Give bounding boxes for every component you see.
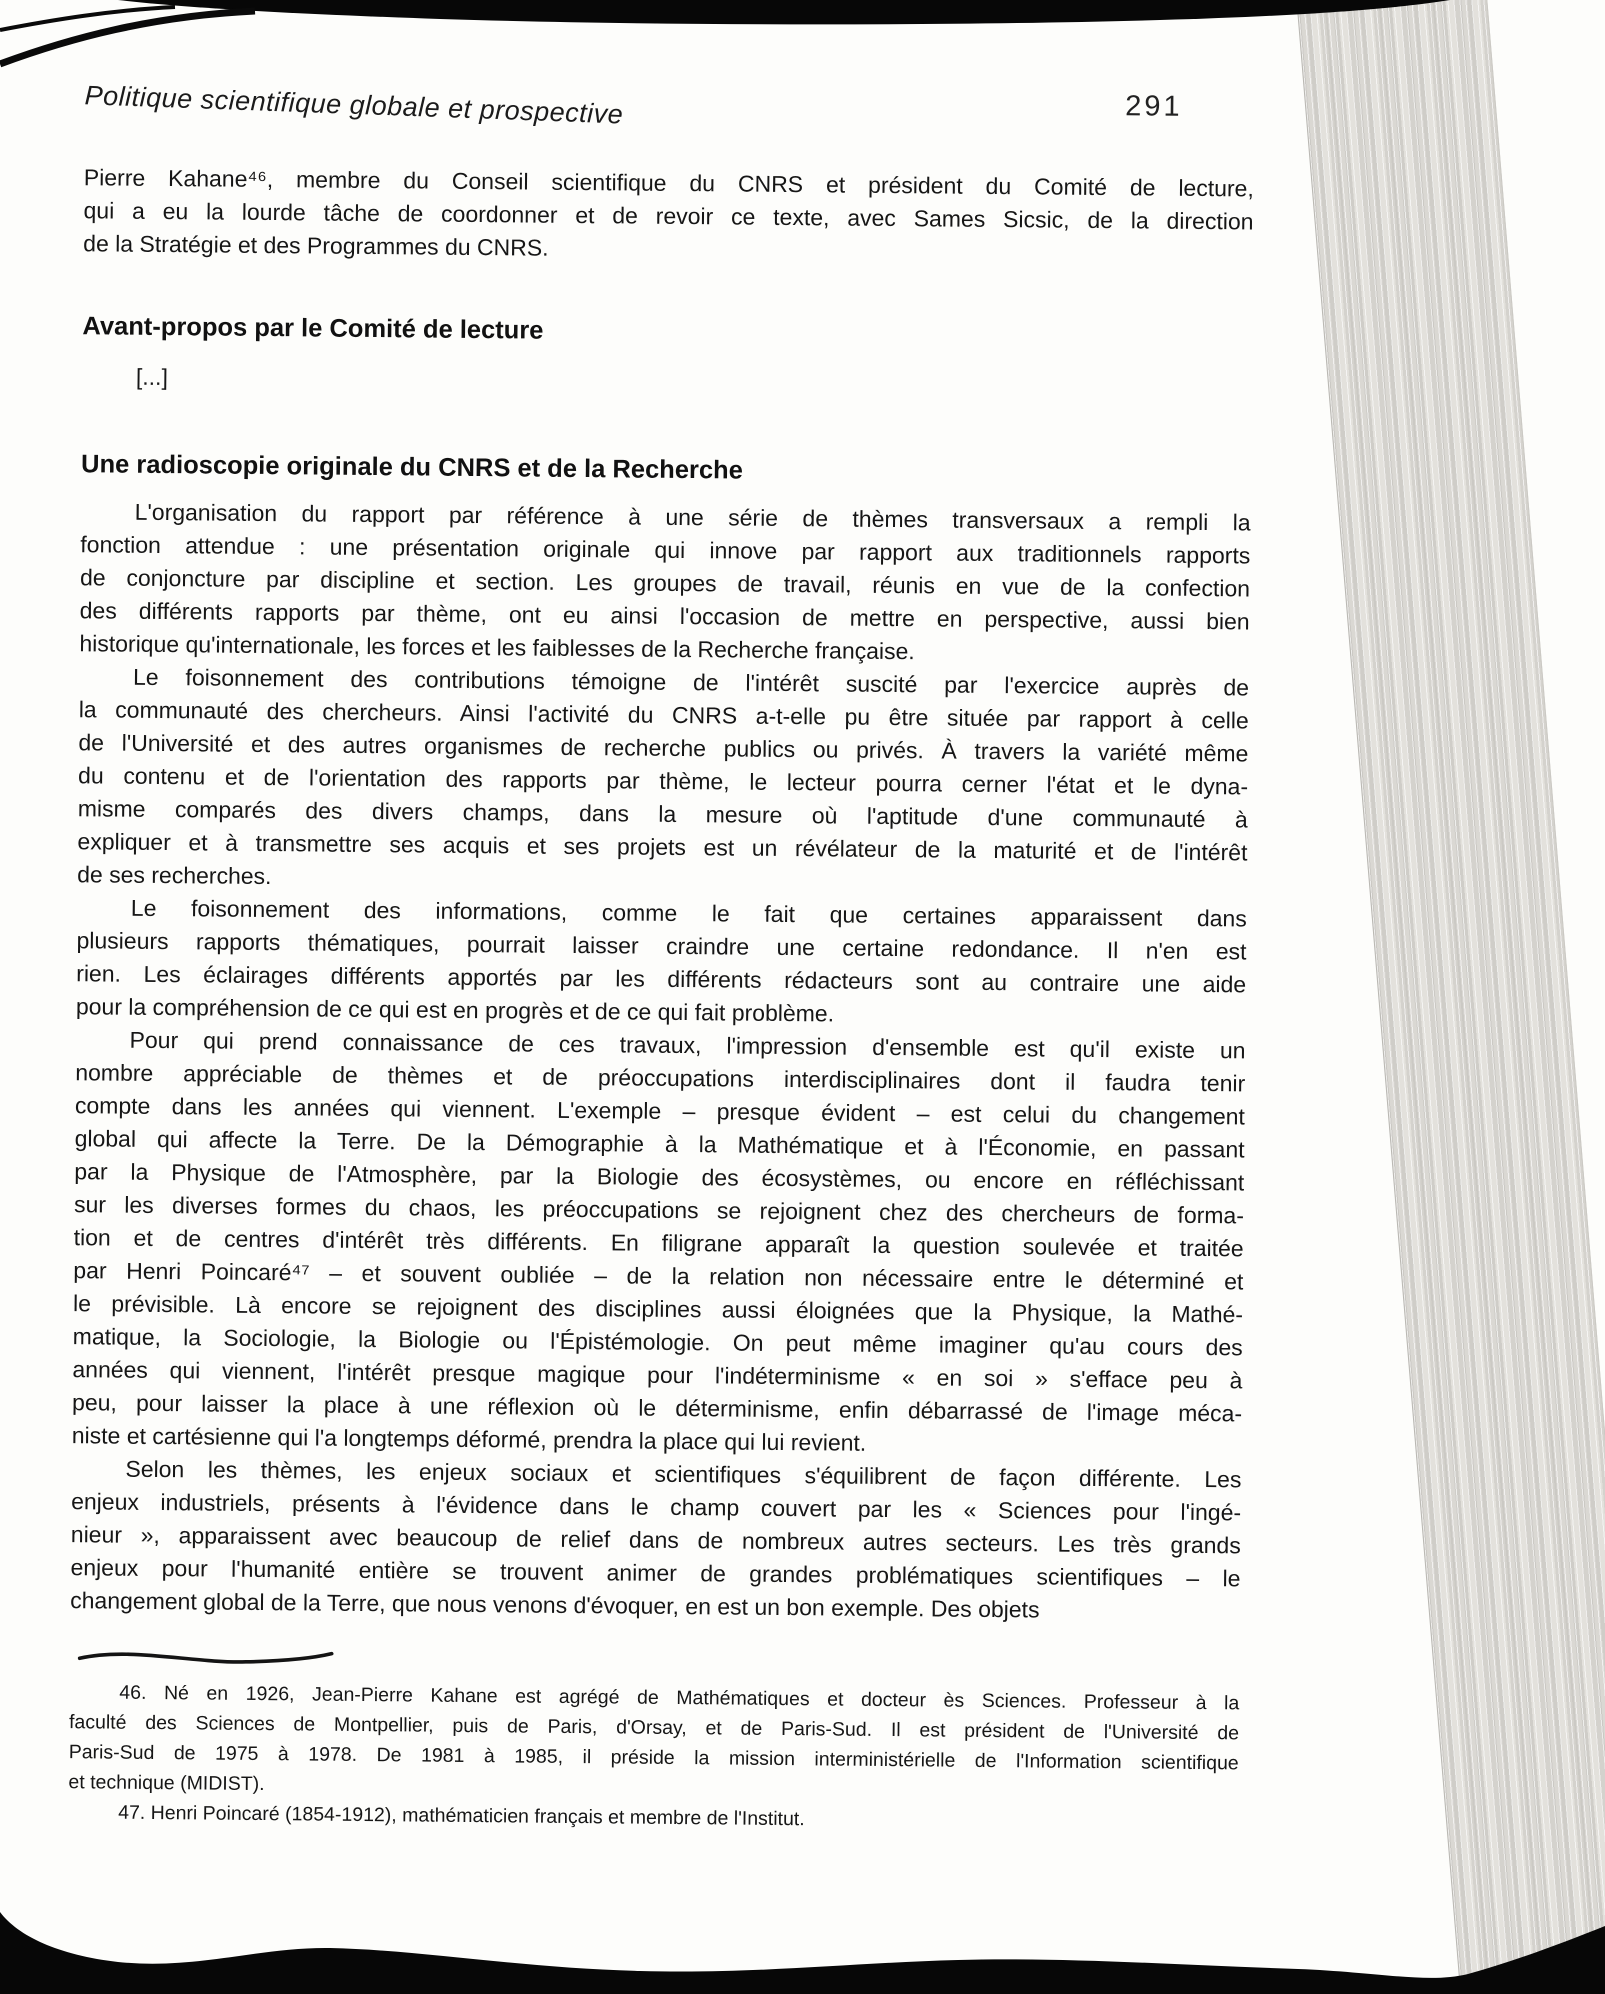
scan-top-left-curl bbox=[0, 11, 255, 64]
scan-top-left-curl-2 bbox=[0, 7, 175, 30]
scan-bottom-band bbox=[0, 1912, 1605, 1994]
scan-top-band bbox=[118, 0, 1450, 24]
scanned-book-page: Politique scientifique globale et prospe… bbox=[0, 0, 1605, 1994]
scanner-edge-artifacts bbox=[0, 0, 1605, 1994]
